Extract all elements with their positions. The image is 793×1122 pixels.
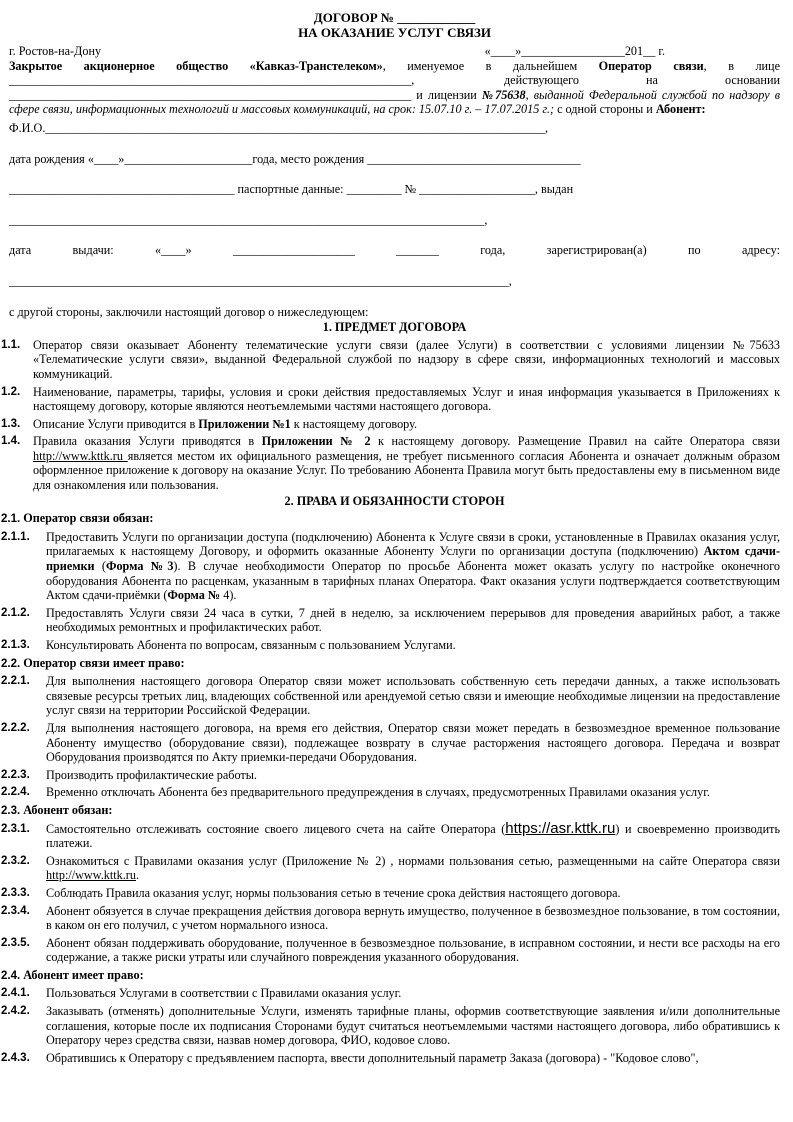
clause-text: ( [95,559,106,573]
clause-number: 2.1.3. [1,638,30,653]
clause-number: 2.3.2. [1,854,30,869]
clause-number: 2.3.1. [1,822,30,837]
fio-field[interactable]: Ф.И.О.__________________________________… [9,121,780,136]
field-label: дата [9,243,31,258]
year-blank[interactable]: _______ [396,243,439,258]
issue-date-field[interactable]: дата выдачи: «____» ____________________… [9,243,780,258]
clause-2-3-4: 2.3.4. Абонент обязуется в случае прекра… [9,904,780,933]
clause-text: Описание Услуги приводится в [33,417,198,431]
preamble-text: , именуемое в дальнейшем [383,59,599,73]
address-field[interactable]: ________________________________________… [9,274,780,289]
clause-text: Оператор связи оказывает Абоненту телема… [33,338,780,381]
form-ref: Форма № [167,588,220,602]
clause-number: 2.4.1. [1,986,30,1001]
subsection-number: 2.1. [1,513,20,525]
clause-text: является местом их официального размещен… [33,449,780,492]
clause-text: Заказывать (отменять) дополнительные Усл… [46,1004,780,1047]
clause-number: 2.1.2. [1,606,30,621]
field-label: по [688,243,701,258]
representative-blank[interactable]: ________________________________________… [9,73,414,88]
day-blank[interactable]: «____» [155,243,192,258]
clause-text: 4). [220,588,236,602]
clause-2-2-3: 2.2.3. Производить профилактические рабо… [9,768,780,783]
operator-label: Оператор связи [599,59,704,73]
subsection-heading: Оператор связи обязан: [20,511,153,525]
clause-number: 1.1. [1,338,20,353]
city: г. Ростов-на-Дону [9,44,101,59]
clause-2-3-2: 2.3.2. Ознакомиться с Правилами оказания… [9,854,780,883]
clause-text: Ознакомиться с Правилами оказания услуг … [46,854,780,868]
clause-2-3-5: 2.3.5. Абонент обязан поддерживать обору… [9,936,780,965]
clause-number: 1.4. [1,434,20,449]
clause-number: 2.3.4. [1,904,30,919]
clause-number: 2.2.2. [1,721,30,736]
clause-number: 2.2.1. [1,674,30,689]
month-blank[interactable]: ____________________ [233,243,355,258]
subsection-number: 2.2. [1,658,20,670]
clause-text: Правила оказания Услуги приводятся в [33,434,262,448]
company-name: Закрытое акционерное общество «Кавказ-Тр… [9,59,383,73]
subsection-heading: Оператор связи имеет право: [20,656,184,670]
clause-1-3: 1.3. Описание Услуги приводится в Прилож… [9,417,780,432]
clause-2-4-2: 2.4.2. Заказывать (отменять) дополнитель… [9,1004,780,1048]
clause-text: Временно отключать Абонента без предвари… [46,785,710,799]
clause-text: к настоящему договору. Размещение Правил… [371,434,780,448]
clause-text: Консультировать Абонента по вопросам, св… [46,638,456,652]
asr-site-link[interactable]: https://asr.kttk.ru [505,820,615,837]
clause-number: 2.1.1. [1,530,30,545]
clause-2-4-1: 2.4.1. Пользоваться Услугами в соответст… [9,986,780,1001]
subsection-number: 2.4. [1,970,20,982]
clause-text: к настоящему договору. [291,417,417,431]
contract-subtitle: НА ОКАЗАНИЕ УСЛУГ СВЯЗИ [9,25,780,40]
basis-text: действующего на основании [504,73,780,88]
clause-text: Абонент обязуется в случае прекращения д… [46,904,780,933]
passport-field[interactable]: _____________________________________ па… [9,182,780,197]
preamble-text: с одной стороны и [554,102,656,116]
intro-text: с другой стороны, заключили настоящий до… [9,305,780,320]
clause-number: 2.3.5. [1,936,30,951]
subsection-2-4-title: 2.4. Абонент имеет право: [1,968,780,984]
basis-blank[interactable]: ________________________________________… [9,88,411,102]
kttk-site-link[interactable]: http://www.kttk.ru [46,868,136,882]
representative-row: ________________________________________… [9,73,780,88]
clause-text: Самостоятельно отслеживать состояние сво… [46,822,505,836]
license-number: №75638 [482,88,526,102]
contract-title: ДОГОВОР № ____________ [9,10,780,25]
clause-2-4-3: 2.4.3. Обратившись к Оператору с предъяв… [9,1051,780,1066]
subsection-2-3-title: 2.3. Абонент обязан: [1,803,780,819]
subsection-heading: Абонент имеет право: [20,968,143,982]
date-blank[interactable]: «____»_________________201__ г. [485,44,665,59]
clause-text: Для выполнения настоящего договора Опера… [46,674,780,717]
clause-1-4: 1.4. Правила оказания Услуги приводятся … [9,434,780,492]
clause-2-3-3: 2.3.3. Соблюдать Правила оказания услуг,… [9,886,780,901]
appendix-ref: Приложении № 2 [262,434,371,448]
subscriber-label: Абонент: [656,102,706,116]
subsection-2-2-title: 2.2. Оператор связи имеет право: [1,656,780,672]
clause-text: Наименование, параметры, тарифы, условия… [33,385,780,414]
clause-text: Абонент обязан поддерживать оборудование… [46,936,780,965]
kttk-site-link[interactable]: http://www.kttk.ru [33,449,128,463]
clause-text: Для выполнения настоящего договора, на в… [46,721,780,764]
field-label: адресу: [742,243,780,258]
clause-text: Производить профилактические работы. [46,768,257,782]
issued-by-field[interactable]: ________________________________________… [9,213,780,228]
clause-text: Соблюдать Правила оказания услуг, нормы … [46,886,621,900]
clause-number: 2.4.3. [1,1051,30,1066]
preamble: Закрытое акционерное общество «Кавказ-Тр… [9,59,780,117]
clause-2-1-3: 2.1.3. Консультировать Абонента по вопро… [9,638,780,653]
clause-number: 2.2.3. [1,768,30,783]
clause-1-1: 1.1. Оператор связи оказывает Абоненту т… [9,338,780,382]
field-label: зарегистрирован(а) [547,243,647,258]
subsection-number: 2.3. [1,805,20,817]
clause-2-2-1: 2.2.1. Для выполнения настоящего договор… [9,674,780,718]
clause-text: Обратившись к Оператору с предъявлением … [46,1051,699,1065]
field-label: года, [480,243,505,258]
preamble-text: и лицензии [411,88,482,102]
form-ref: Форма №3 [106,559,173,573]
contract-page: ДОГОВОР № ____________ НА ОКАЗАНИЕ УСЛУГ… [9,0,780,1065]
field-label: выдачи: [73,243,114,258]
clause-text: . [136,868,139,882]
subsection-2-1-title: 2.1. Оператор связи обязан: [1,511,780,527]
clause-1-2: 1.2. Наименование, параметры, тарифы, ус… [9,385,780,414]
clause-number: 1.2. [1,385,20,400]
clause-text: Пользоваться Услугами в соответствии с П… [46,986,401,1000]
clause-number: 2.2.4. [1,785,30,800]
clause-2-3-1: 2.3.1. Самостоятельно отслеживать состоя… [9,822,780,851]
appendix-ref: Приложении №1 [198,417,290,431]
subsection-heading: Абонент обязан: [20,803,112,817]
place-date-row: г. Ростов-на-Дону «____»________________… [9,44,780,59]
clause-number: 2.4.2. [1,1004,30,1019]
clause-2-2-4: 2.2.4. Временно отключать Абонента без п… [9,785,780,800]
preamble-text: , в лице [704,59,780,73]
clause-number: 1.3. [1,417,20,432]
clause-2-2-2: 2.2.2. Для выполнения настоящего договор… [9,721,780,765]
section-1-title: 1. ПРЕДМЕТ ДОГОВОРА [9,320,780,335]
clause-text: Предоставить Услуги по организации досту… [46,530,780,559]
birth-field[interactable]: дата рождения «____»____________________… [9,152,780,167]
clause-2-1-1: 2.1.1. Предоставить Услуги по организаци… [9,530,780,603]
clause-number: 2.3.3. [1,886,30,901]
section-2-title: 2. ПРАВА И ОБЯЗАННОСТИ СТОРОН [9,494,780,509]
clause-2-1-2: 2.1.2. Предоставлять Услуги связи 24 час… [9,606,780,635]
clause-text: Предоставлять Услуги связи 24 часа в сут… [46,606,780,635]
